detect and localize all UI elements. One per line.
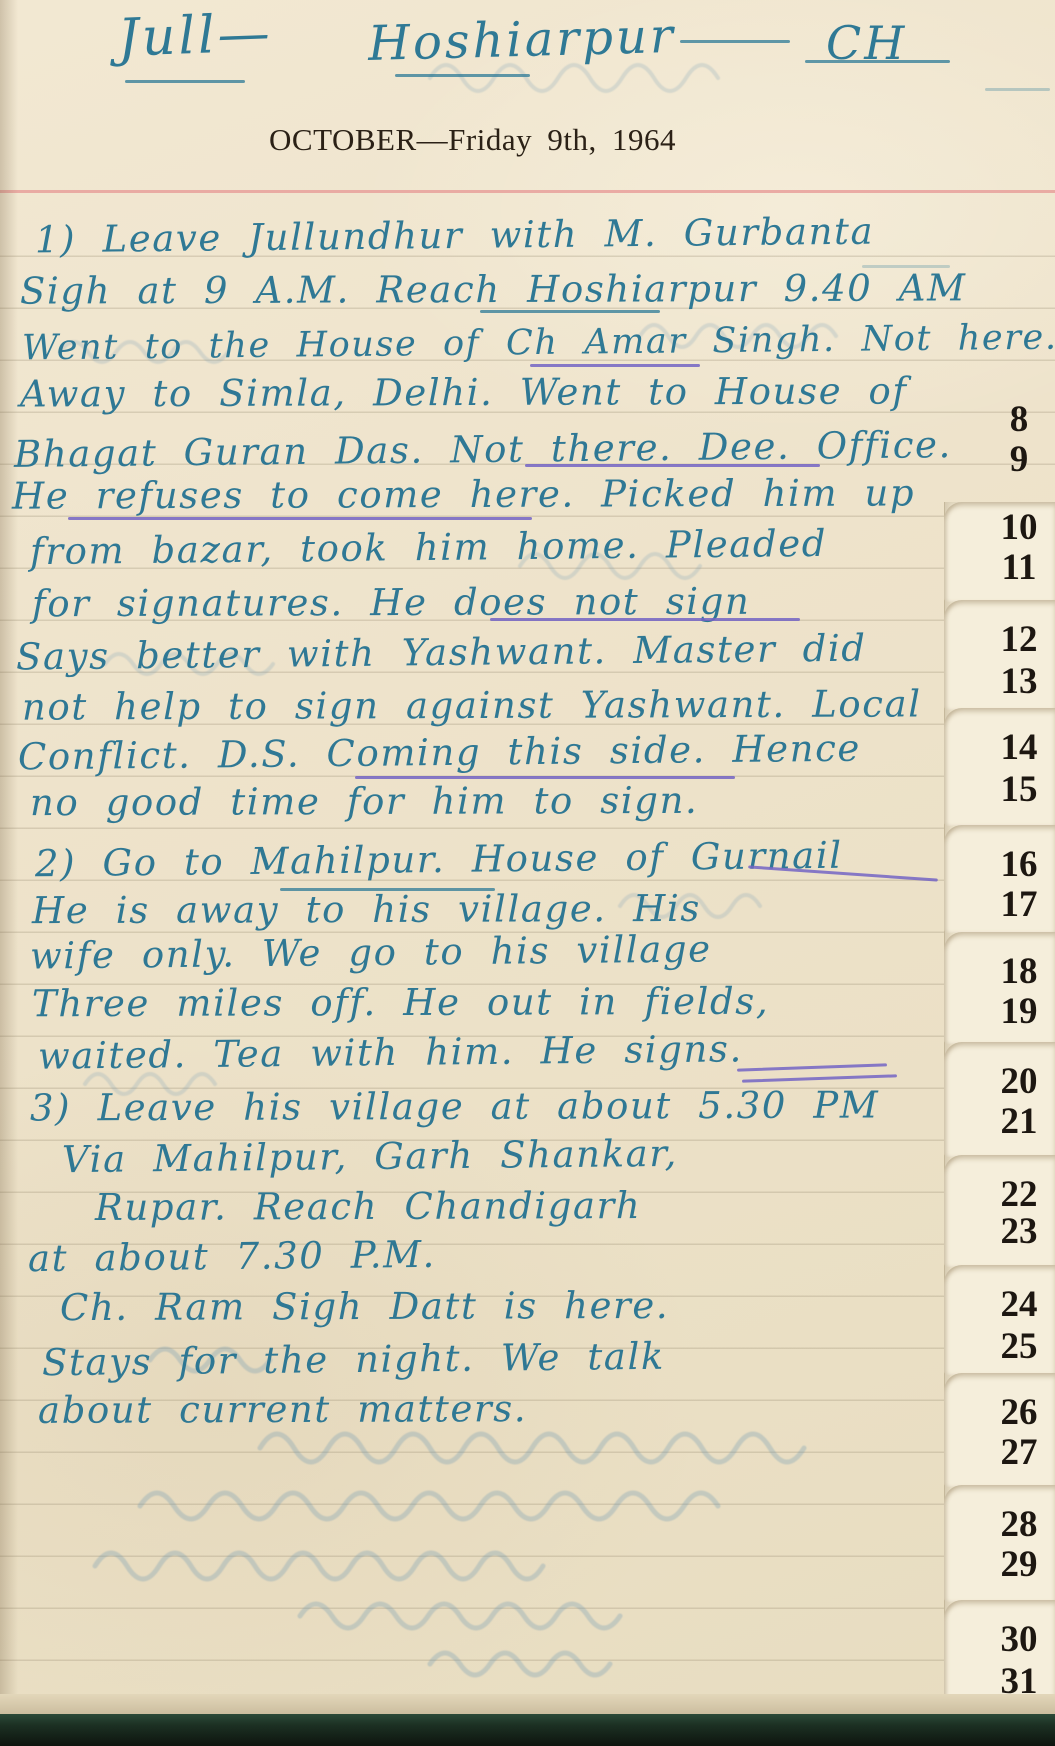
book-cover-strip xyxy=(0,1714,1055,1746)
entry-line: no good time for him to sign. xyxy=(30,775,699,829)
ink-underline xyxy=(530,364,700,367)
ink-stroke xyxy=(985,88,1050,91)
entry-line: Stays for the night. We talk xyxy=(42,1331,665,1390)
date-tab-number: 27 xyxy=(993,1432,1045,1474)
entry-line: wife only. We go to his village xyxy=(30,923,712,982)
date-tab-number: 16 xyxy=(993,844,1045,886)
date-tab-number: 30 xyxy=(993,1619,1045,1661)
ink-stroke xyxy=(680,40,790,43)
date-tab-number: 18 xyxy=(993,951,1045,993)
date-tab-number: 14 xyxy=(993,727,1045,769)
date-tab-number: 13 xyxy=(993,661,1045,703)
entry-line: Away to Simla, Delhi. Went to House of xyxy=(20,365,908,420)
date-tab-number: 10 xyxy=(993,507,1045,549)
date-tab-number: 24 xyxy=(993,1284,1045,1326)
date-tab-number: 17 xyxy=(993,884,1045,926)
date-tab-number: 8 xyxy=(993,399,1045,441)
date-tab-number: 28 xyxy=(993,1504,1045,1546)
entry-line: 1) Leave Jullundhur with M. Gurbanta xyxy=(35,206,875,267)
date-tab-number: 26 xyxy=(993,1392,1045,1434)
date-tab-number: 11 xyxy=(993,547,1045,589)
entry-line: Via Mahilpur, Garh Shankar, xyxy=(62,1128,678,1186)
entry-line: Conflict. D.S. Coming this side. Hence xyxy=(18,723,861,784)
date-tab-number: 21 xyxy=(993,1101,1045,1143)
route-from-handwriting: Jull— xyxy=(117,3,274,68)
route-via-handwriting: Hoshiarpur xyxy=(367,8,676,72)
ink-underline xyxy=(490,618,800,621)
ink-underline xyxy=(525,464,820,467)
date-tab-number: 25 xyxy=(993,1326,1045,1368)
ink-underline xyxy=(280,888,495,891)
entry-line: Rupar. Reach Chandigarh xyxy=(95,1180,641,1234)
date-tab-number: 12 xyxy=(993,619,1045,661)
entry-line: Three miles off. He out in fields, xyxy=(32,976,769,1031)
entry-line: 3) Leave his village at about 5.30 PM xyxy=(30,1080,880,1135)
date-tab-number: 23 xyxy=(993,1211,1045,1253)
ink-underline xyxy=(355,776,735,779)
date-tab-number: 15 xyxy=(993,769,1045,811)
page-left-edge-shadow xyxy=(0,0,18,1746)
diary-page-scan: Jull— Hoshiarpur CH OCTOBER—Friday 9th, … xyxy=(0,0,1055,1746)
ink-stroke xyxy=(395,74,530,77)
ink-underline xyxy=(737,1063,887,1071)
entry-line: He refuses to come here. Picked him up xyxy=(12,467,915,522)
entry-line: waited. Tea with him. He signs. xyxy=(38,1023,743,1082)
entry-line: 2) Go to Mahilpur. House of Gurnail xyxy=(35,830,843,890)
date-tab-number: 29 xyxy=(993,1544,1045,1586)
entry-line: Ch. Ram Sigh Datt is here. xyxy=(60,1280,669,1334)
entry-line: for signatures. He does not sign xyxy=(32,576,751,631)
ink-stroke xyxy=(805,60,950,63)
ink-underline xyxy=(68,517,532,520)
date-tab-number: 19 xyxy=(993,991,1045,1033)
printed-date-header: OCTOBER—Friday 9th, 1964 xyxy=(0,122,945,158)
entry-line: Says better with Yashwant. Master did xyxy=(16,623,867,684)
red-rule-line xyxy=(0,190,1055,193)
date-tab-number: 20 xyxy=(993,1061,1045,1103)
date-tab-number: 9 xyxy=(993,439,1045,481)
entry-line: about current matters. xyxy=(38,1383,527,1437)
ink-stroke xyxy=(125,80,245,83)
entry-line: from bazar, took him home. Pleaded xyxy=(30,518,828,578)
date-tab-number: 22 xyxy=(993,1174,1045,1216)
entry-line: at about 7.30 P.M. xyxy=(28,1229,436,1285)
ink-underline xyxy=(480,310,660,313)
page-bottom-edge xyxy=(0,1694,1055,1716)
